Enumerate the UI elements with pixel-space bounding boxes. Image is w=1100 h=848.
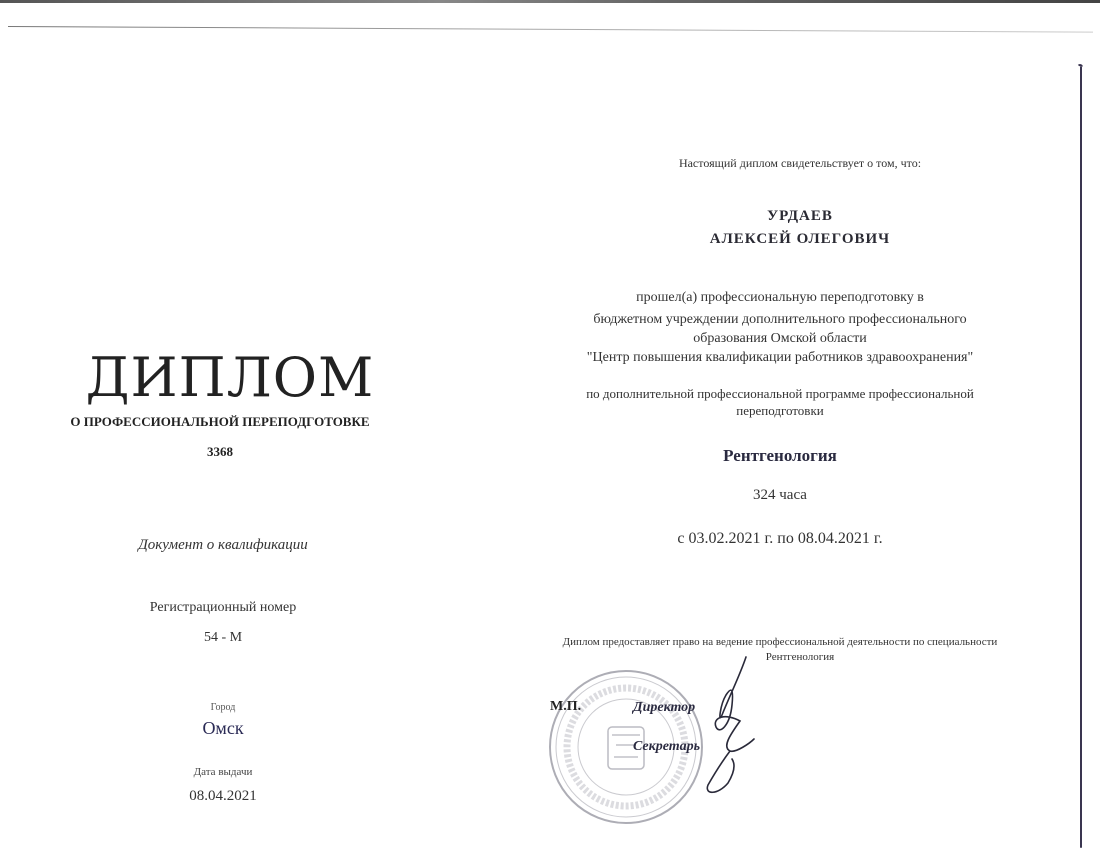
document-type: Документ о квалификации <box>0 537 446 554</box>
seal-label: М.П. <box>550 699 581 715</box>
registration-number: 54 - М <box>0 630 446 646</box>
specialty: Рентгенология <box>520 446 1040 466</box>
institution-line: прошел(а) профессиональную переподготовк… <box>520 290 1040 306</box>
institution-line: "Центр повышения квалификации работников… <box>520 350 1040 366</box>
diploma-subtitle: О ПРОФЕССИОНАЛЬНОЙ ПЕРЕПОДГОТОВКЕ <box>0 414 440 430</box>
institution-line: бюджетном учреждении дополнительного про… <box>520 312 1040 328</box>
city-value: Омск <box>0 718 446 739</box>
institution-line: образования Омской области <box>520 331 1040 347</box>
training-hours: 324 часа <box>520 487 1040 504</box>
certifies-text: Настоящий диплом свидетельствует о том, … <box>600 156 1000 171</box>
rights-specialty: Рентгенология <box>530 651 1070 663</box>
diploma-number: 3368 <box>0 444 440 460</box>
rights-text: Диплом предоставляет право на ведение пр… <box>530 636 1030 648</box>
holder-surname: УРДАЕВ <box>600 208 1000 225</box>
left-page: ДИПЛОМ О ПРОФЕССИОНАЛЬНОЙ ПЕРЕПОДГОТОВКЕ… <box>0 0 460 848</box>
diploma-title: ДИПЛОМ <box>0 346 460 409</box>
program-line: по дополнительной профессиональной прогр… <box>520 386 1040 402</box>
city-label: Город <box>0 702 446 713</box>
registration-label: Регистрационный номер <box>0 600 446 616</box>
holder-given-names: АЛЕКСЕЙ ОЛЕГОВИЧ <box>600 231 1000 248</box>
training-period: с 03.02.2021 г. по 08.04.2021 г. <box>520 530 1040 548</box>
page-border <box>1080 66 1082 848</box>
director-label: Директор <box>633 700 695 716</box>
program-line: переподготовки <box>520 403 1040 419</box>
diploma-scan: ДИПЛОМ О ПРОФЕССИОНАЛЬНОЙ ПЕРЕПОДГОТОВКЕ… <box>0 0 1100 848</box>
secretary-label: Секретарь <box>633 739 700 755</box>
issue-date-label: Дата выдачи <box>0 766 446 778</box>
issue-date: 08.04.2021 <box>0 788 446 805</box>
right-page: Настоящий диплом свидетельствует о том, … <box>520 0 1040 848</box>
